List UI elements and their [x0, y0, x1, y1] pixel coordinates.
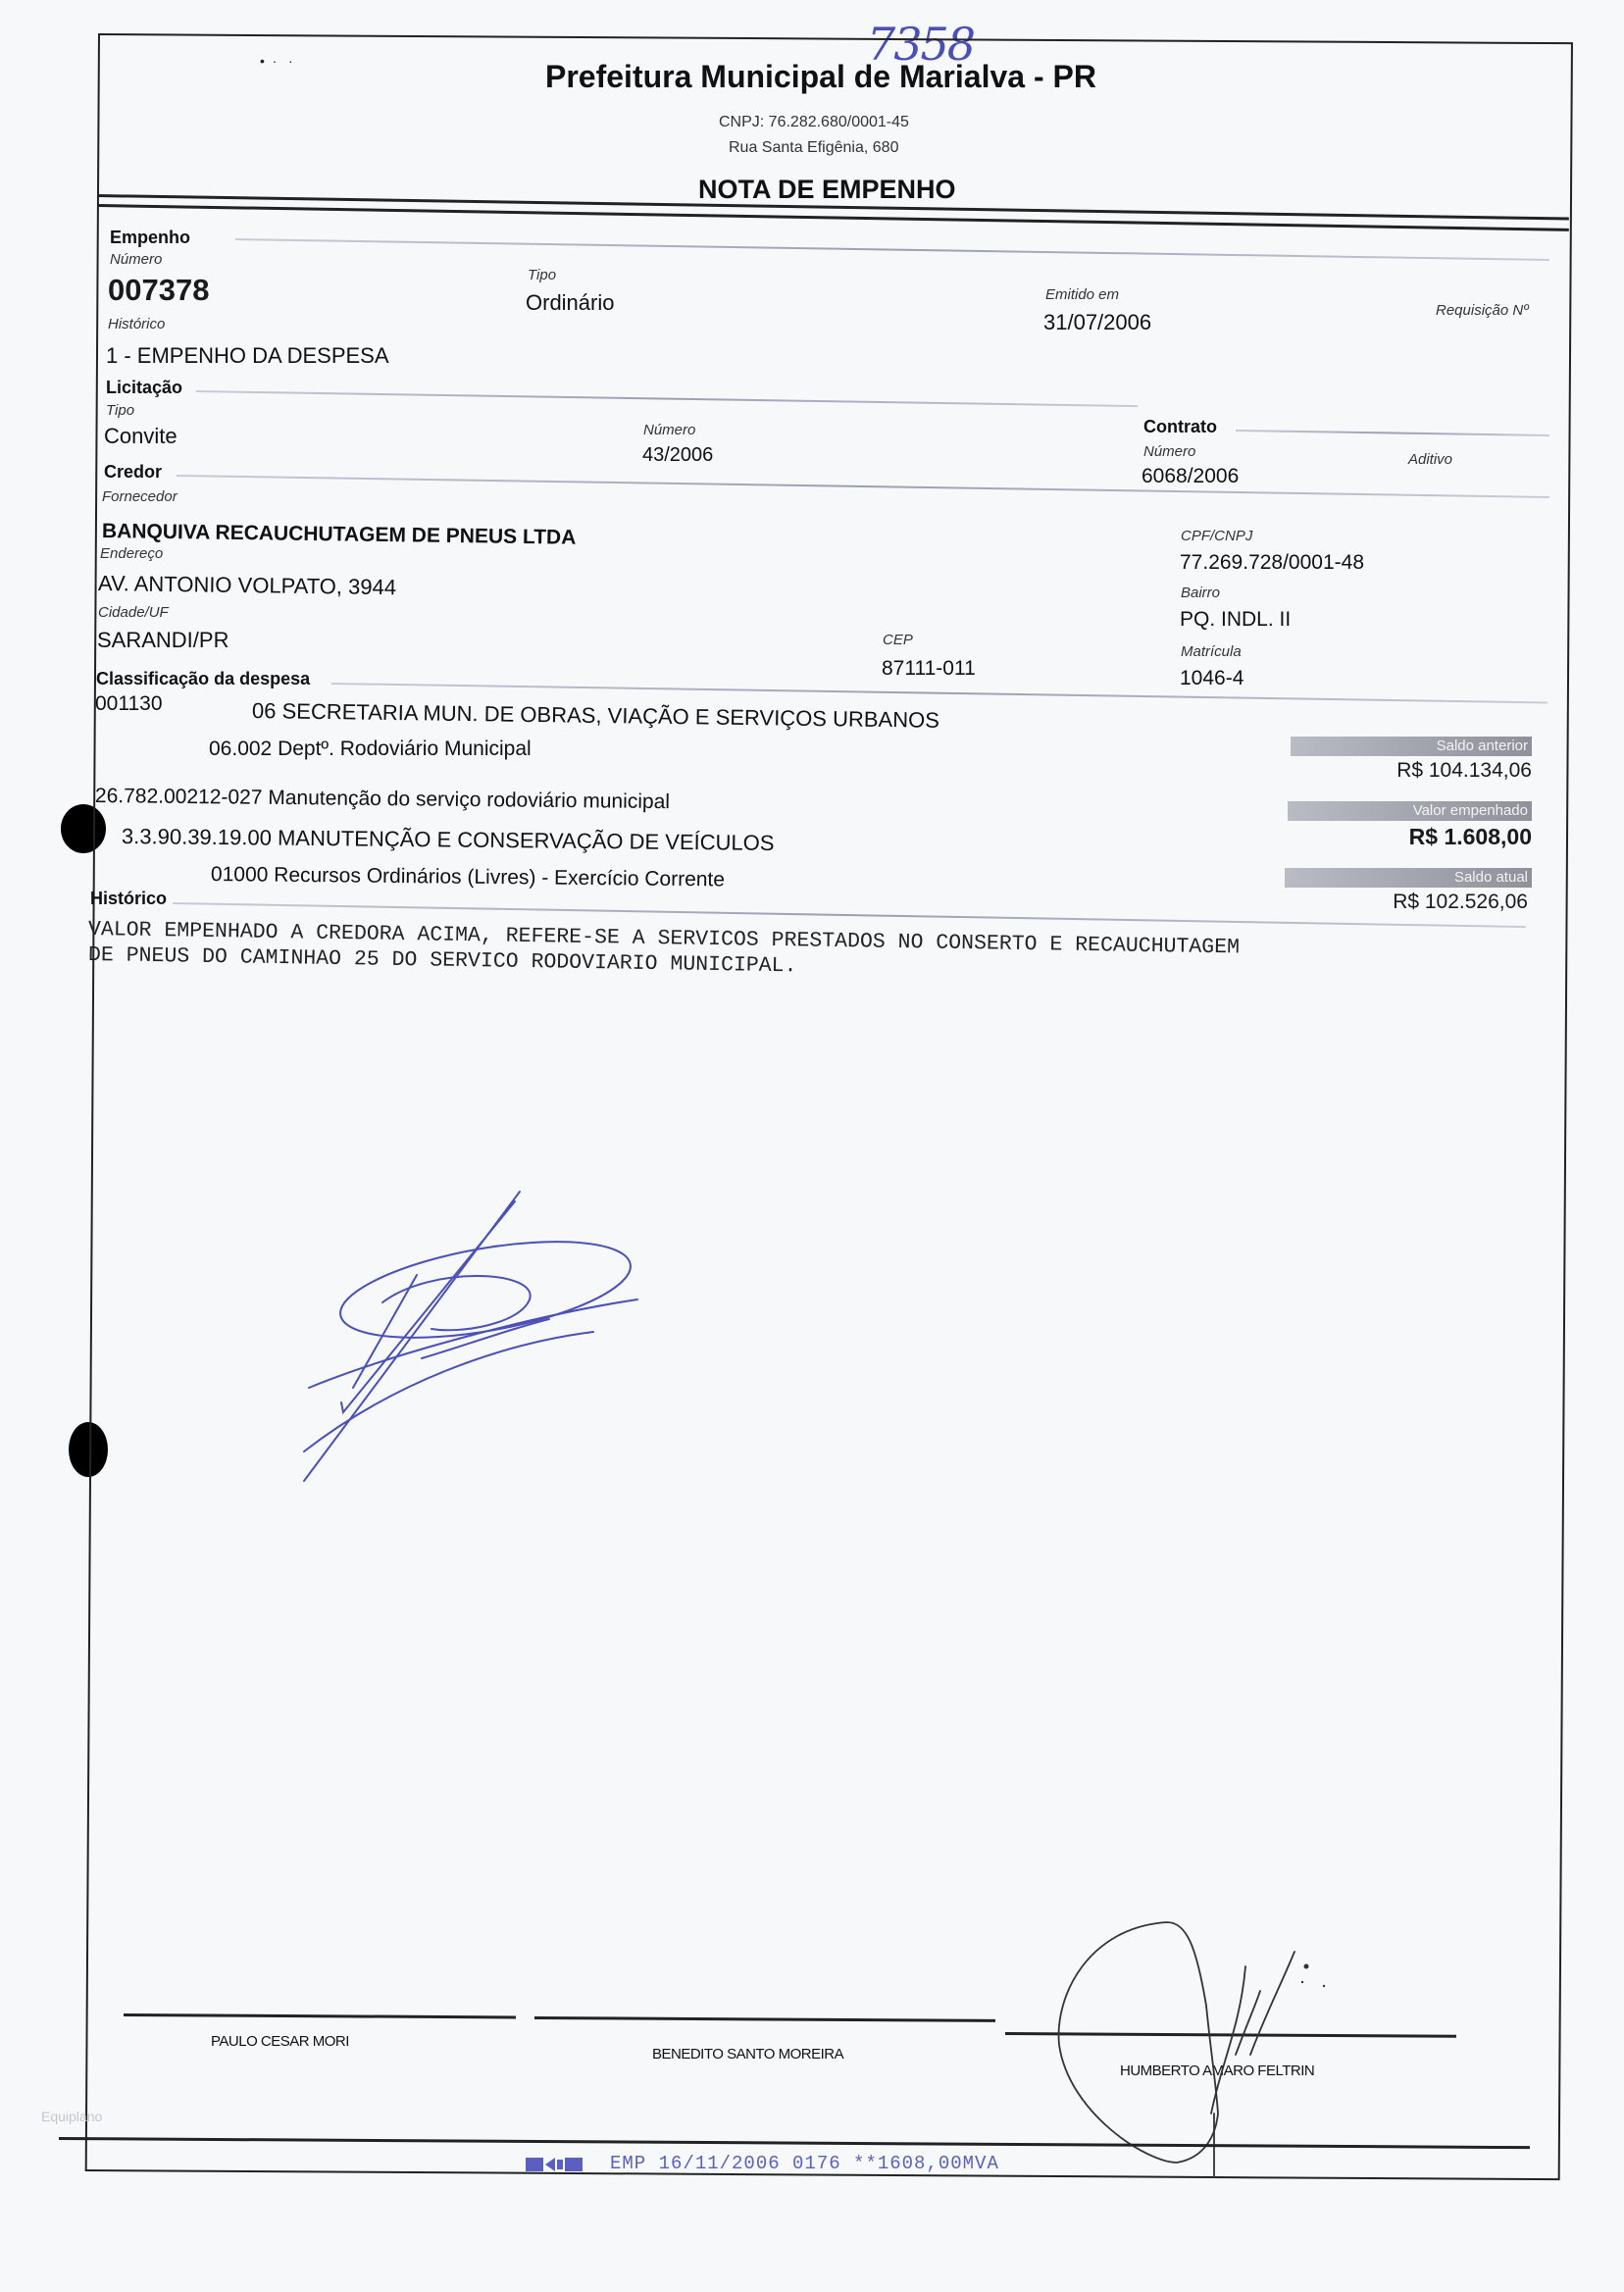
saldo-atual-label: Saldo atual — [1285, 868, 1532, 888]
credor-cpf-cnpj: 77.269.728/0001-48 — [1180, 551, 1364, 575]
valor-empenhado-value: R$ 1.608,00 — [1275, 824, 1532, 850]
licitacao-tipo-label: Tipo — [106, 402, 134, 419]
credor-bairro: PQ. INDL. II — [1180, 608, 1291, 632]
credor-cpf-cnpj-label: CPF/CNPJ — [1181, 528, 1252, 544]
section-classificacao: Classificação da despesa — [96, 669, 310, 689]
software-watermark: Equiplano — [41, 2109, 102, 2124]
credor-endereco: AV. ANTONIO VOLPATO, 3944 — [98, 571, 396, 600]
document-title: NOTA DE EMPENHO — [698, 175, 956, 205]
empenho-historico-label: Histórico — [108, 316, 165, 332]
credor-cep: 87111-011 — [882, 657, 976, 681]
document-frame: • · · Prefeitura Municipal de Marialva -… — [0, 0, 1624, 2292]
empenho-emitido-label: Emitido em — [1045, 286, 1119, 303]
contrato-aditivo-label: Aditivo — [1408, 451, 1452, 468]
bank-authentication-stamp: EMP 16/11/2006 0176 **1608,00MVA — [610, 2153, 999, 2174]
signatory-2-name: BENEDITO SANTO MOREIRA — [652, 2046, 843, 2063]
empenho-emitido: 31/07/2006 — [1043, 310, 1151, 335]
bank-logo-icon — [526, 2156, 584, 2173]
credor-endereco-label: Endereço — [100, 545, 163, 562]
section-credor: Credor — [104, 462, 162, 483]
section-empenho: Empenho — [110, 228, 190, 248]
licitacao-numero: 43/2006 — [642, 444, 713, 467]
credor-bairro-label: Bairro — [1181, 585, 1220, 601]
empenho-numero: 007378 — [108, 273, 209, 308]
signature-ink — [245, 1157, 686, 1510]
municipality-address: Rua Santa Efigênia, 680 — [729, 139, 898, 157]
credor-cidade: SARANDI/PR — [97, 628, 228, 653]
contrato-numero: 6068/2006 — [1142, 465, 1239, 488]
empenho-tipo-label: Tipo — [528, 267, 556, 283]
credor-cep-label: CEP — [883, 632, 913, 648]
municipality-title: Prefeitura Municipal de Marialva - PR — [545, 59, 1096, 95]
scan-specks: • · · — [260, 53, 293, 69]
classificacao-codigo: 001130 — [95, 692, 163, 716]
credor-cidade-label: Cidade/UF — [98, 604, 169, 621]
classificacao-line-unidade: 06.002 Deptº. Rodoviário Municipal — [209, 738, 532, 761]
section-licitacao: Licitação — [106, 378, 182, 398]
credor-fornecedor-label: Fornecedor — [102, 488, 178, 505]
saldo-anterior-label: Saldo anterior — [1291, 737, 1532, 756]
saldo-atual-value: R$ 102.526,06 — [1271, 891, 1528, 914]
licitacao-tipo: Convite — [104, 424, 178, 449]
credor-matricula: 1046-4 — [1180, 667, 1243, 690]
municipality-cnpj: CNPJ: 76.282.680/0001-45 — [719, 114, 909, 131]
empenho-requisicao-label: Requisição Nº — [1436, 302, 1529, 319]
signatory-1-name: PAULO CESAR MORI — [211, 2033, 349, 2050]
empenho-tipo: Ordinário — [526, 290, 614, 316]
section-contrato: Contrato — [1143, 417, 1217, 437]
empenho-numero-label: Número — [110, 251, 162, 268]
section-historico: Histórico — [90, 889, 167, 909]
credor-matricula-label: Matrícula — [1181, 643, 1242, 660]
valor-empenhado-label: Valor empenhado — [1288, 801, 1532, 821]
licitacao-numero-label: Número — [643, 422, 695, 438]
empenho-historico: 1 - EMPENHO DA DESPESA — [106, 343, 389, 369]
contrato-numero-label: Número — [1143, 443, 1195, 460]
saldo-anterior-value: R$ 104.134,06 — [1275, 759, 1532, 783]
